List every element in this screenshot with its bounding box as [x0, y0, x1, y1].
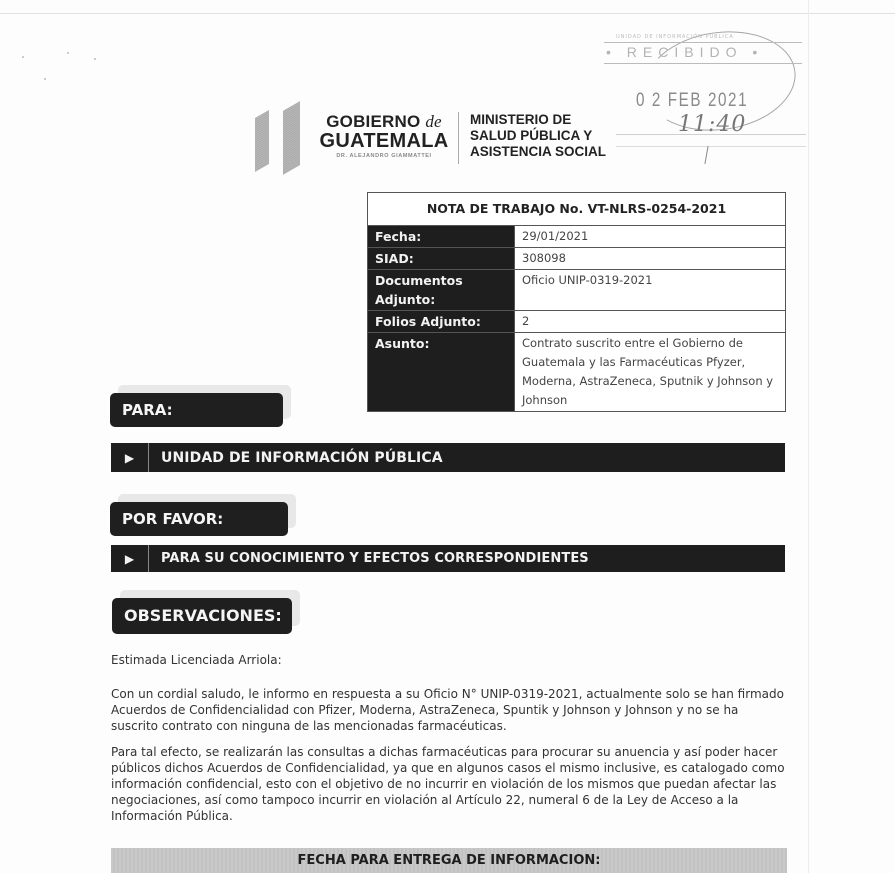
para-label: PARA: [110, 393, 283, 427]
por-favor-action-bar: ▶ PARA SU CONOCIMIENTO Y EFECTOS CORRESP… [111, 545, 785, 572]
nota-trabajo-table: NOTA DE TRABAJO No. VT-NLRS-0254-2021 Fe… [367, 192, 786, 412]
received-stamp: UNIDAD DE INFORMACIÓN PÚBLICA • RECIBIDO… [596, 28, 806, 168]
gobierno-wordmark: GOBIERNO de GUATEMALA DR. ALEJANDRO GIAM… [315, 113, 453, 159]
arrow-right-icon: ▶ [111, 545, 149, 572]
scan-speck [67, 52, 69, 54]
field-value-documentos: Oficio UNIP-0319-2021 [514, 270, 785, 310]
table-row: Documentos Adjunto: Oficio UNIP-0319-202… [368, 270, 785, 311]
field-value-fecha: 29/01/2021 [514, 226, 785, 247]
arrow-right-icon: ▶ [111, 443, 149, 472]
field-label-folios: Folios Adjunto: [368, 311, 514, 332]
field-value-siad: 308098 [514, 248, 785, 269]
government-logo-icon [252, 92, 312, 172]
field-value-asunto: Contrato suscrito entre el Gobierno de G… [514, 333, 785, 411]
field-label-documentos: Documentos Adjunto: [368, 270, 514, 310]
ministerio-line: ASISTENCIA SOCIAL [470, 144, 606, 160]
president-name: DR. ALEJANDRO GIAMMATTEI [315, 153, 453, 159]
gobierno-de-text: de [425, 112, 441, 131]
por-favor-label: POR FAVOR: [110, 502, 288, 536]
page-top-edge [0, 13, 895, 14]
stamp-status: • RECIBIDO • [606, 44, 763, 60]
ministerio-line: MINISTERIO DE [470, 112, 606, 128]
page-right-edge [808, 0, 809, 873]
greeting-text: Estimada Licenciada Arriola: [111, 652, 787, 668]
field-label-siad: SIAD: [368, 248, 514, 269]
scan-speck [22, 56, 24, 58]
fecha-entrega-heading: FECHA PARA ENTREGA DE INFORMACION: [111, 848, 787, 873]
table-row: SIAD: 308098 [368, 248, 785, 270]
field-label-asunto: Asunto: [368, 333, 514, 411]
para-recipient-bar: ▶ UNIDAD DE INFORMACIÓN PÚBLICA [111, 443, 785, 472]
table-row: Asunto: Contrato suscrito entre el Gobie… [368, 333, 785, 411]
scan-speck [94, 58, 96, 60]
para-recipient: UNIDAD DE INFORMACIÓN PÚBLICA [149, 450, 443, 466]
field-value-folios: 2 [514, 311, 785, 332]
stamp-header: UNIDAD DE INFORMACIÓN PÚBLICA [616, 34, 734, 40]
table-row: Fecha: 29/01/2021 [368, 226, 785, 248]
nota-title: NOTA DE TRABAJO No. VT-NLRS-0254-2021 [368, 193, 785, 226]
observation-paragraph-1: Con un cordial saludo, le informo en res… [111, 686, 787, 734]
logo-divider [458, 112, 459, 164]
observaciones-label: OBSERVACIONES: [112, 598, 292, 634]
table-row: Folios Adjunto: 2 [368, 311, 785, 333]
gobierno-text: GOBIERNO [326, 112, 420, 131]
field-label-fecha: Fecha: [368, 226, 514, 247]
ministerio-line: SALUD PÚBLICA Y [470, 128, 606, 144]
por-favor-action: PARA SU CONOCIMIENTO Y EFECTOS CORRESPON… [149, 551, 589, 566]
scan-speck [44, 78, 46, 80]
stamp-date: 0 2 FEB 2021 [636, 90, 748, 112]
observation-paragraph-2: Para tal efecto, se realizarán las consu… [111, 744, 787, 824]
guatemala-text: GUATEMALA [315, 131, 453, 151]
ministerio-name: MINISTERIO DE SALUD PÚBLICA Y ASISTENCIA… [470, 112, 606, 160]
